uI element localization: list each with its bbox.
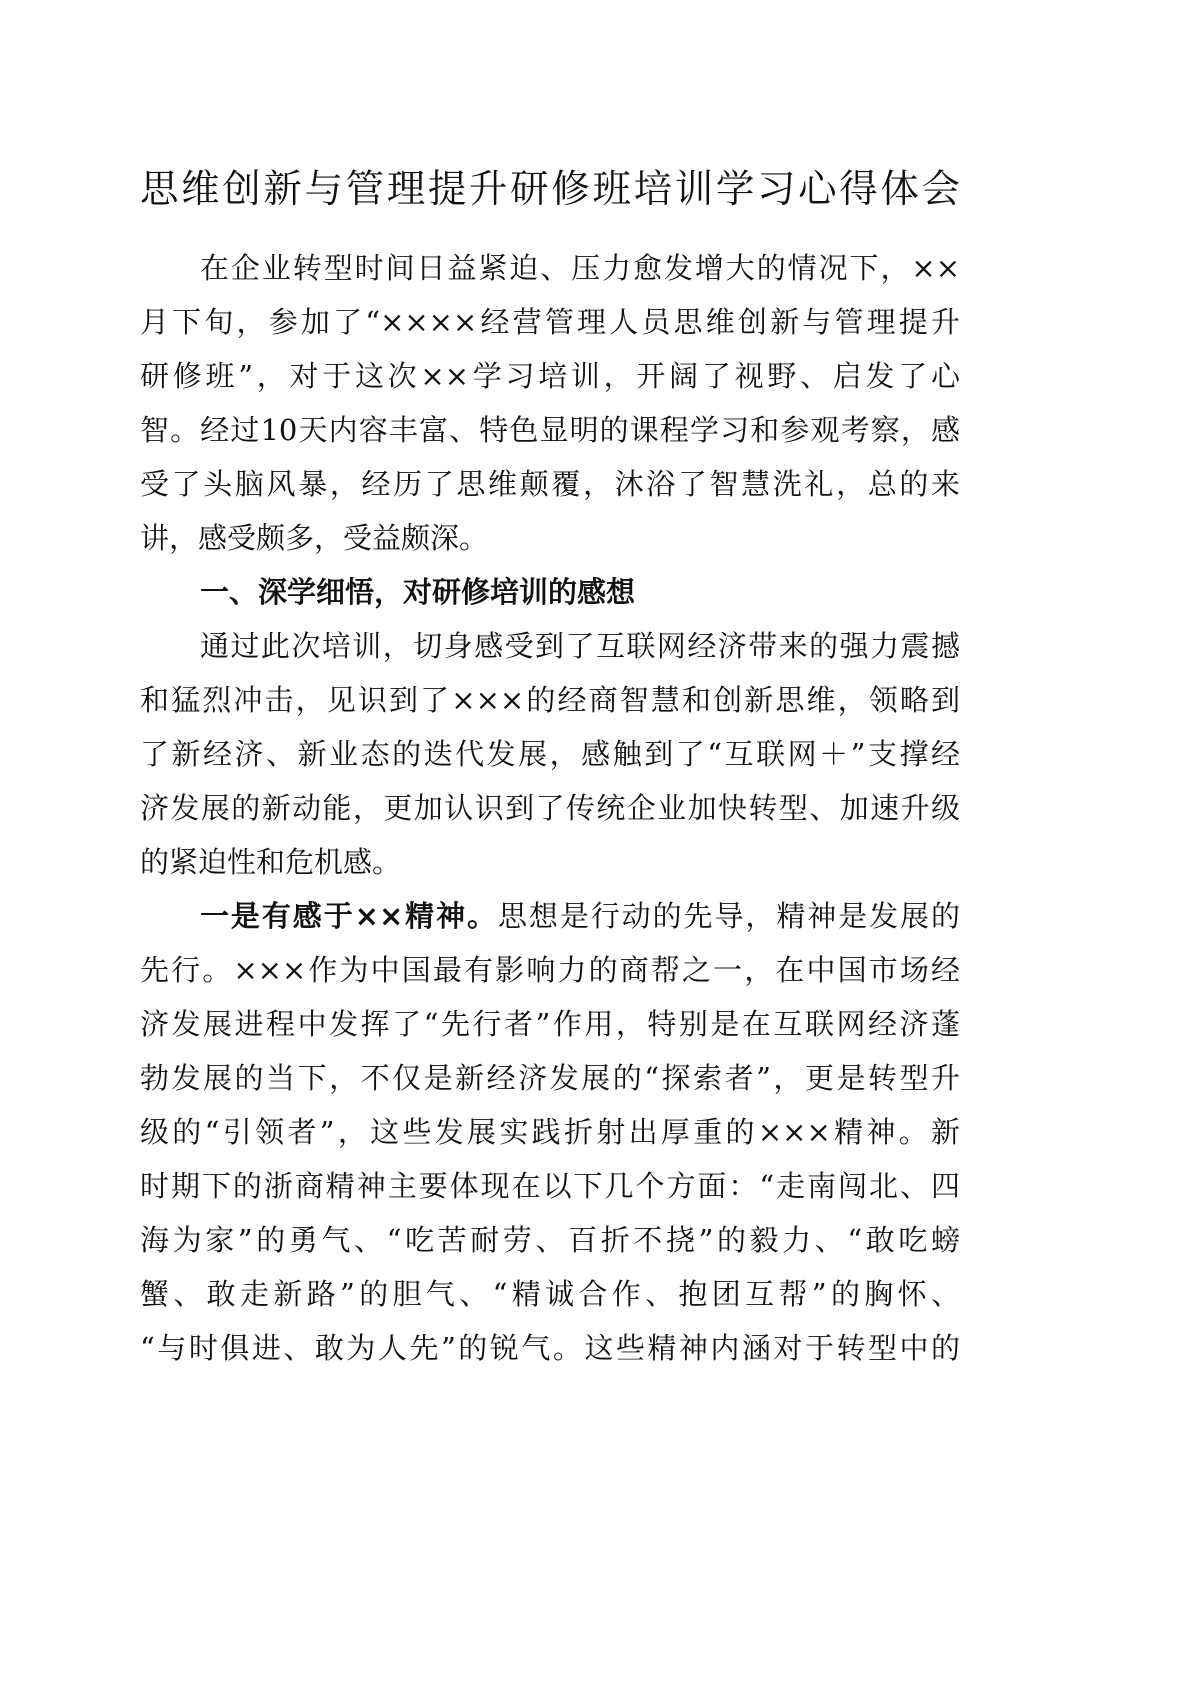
paragraph-3-line-1: 一是有感于××精神。思想是行动的先导，精神是发展的	[140, 889, 960, 943]
paragraph-3-line-7: 海为家”的勇气、“吃苦耐劳、百折不挠”的毅力、“敢吃螃	[140, 1213, 960, 1267]
document-page: 思维创新与管理提升研修班培训学习心得体会 在企业转型时间日益紧迫、压力愈发增大的…	[0, 0, 1190, 1683]
paragraph-1-line-1: 在企业转型时间日益紧迫、压力愈发增大的情况下，××	[140, 241, 960, 295]
paragraph-2-line-2: 和猛烈冲击，见识到了×××的经商智慧和创新思维，领略到	[140, 673, 960, 727]
paragraph-3-line-9: “与时俱进、敢为人先”的锐气。这些精神内涵对于转型中的	[140, 1321, 960, 1375]
section-heading-1: 一、深学细悟，对研修培训的感想	[140, 565, 960, 619]
paragraph-3-lead: 一是有感于××精神。	[200, 899, 498, 933]
paragraph-1-line-2: 月下旬，参加了“××××经营管理人员思维创新与管理提升	[140, 295, 960, 349]
document-title: 思维创新与管理提升研修班培训学习心得体会	[140, 162, 960, 218]
paragraph-3-line-8: 蟹、敢走新路”的胆气、“精诚合作、抱团互帮”的胸怀、	[140, 1267, 960, 1321]
paragraph-1-line-3: 研修班”，对于这次××学习培训，开阔了视野、启发了心	[140, 349, 960, 403]
paragraph-1-line-6: 讲，感受颇多，受益颇深。	[140, 511, 960, 565]
paragraph-3-line-6: 时期下的浙商精神主要体现在以下几个方面：“走南闯北、四	[140, 1159, 960, 1213]
paragraph-3-line-1-text: 思想是行动的先导，精神是发展的	[498, 899, 960, 933]
paragraph-3-line-3: 济发展进程中发挥了“先行者”作用，特别是在互联网经济蓬	[140, 997, 960, 1051]
paragraph-2-line-1: 通过此次培训，切身感受到了互联网经济带来的强力震撼	[140, 619, 960, 673]
paragraph-2-line-5: 的紧迫性和危机感。	[140, 835, 960, 889]
paragraph-2-line-3: 了新经济、新业态的迭代发展，感触到了“互联网＋”支撑经	[140, 727, 960, 781]
paragraph-3-line-2: 先行。×××作为中国最有影响力的商帮之一，在中国市场经	[140, 943, 960, 997]
paragraph-3-line-5: 级的“引领者”，这些发展实践折射出厚重的×××精神。新	[140, 1105, 960, 1159]
paragraph-1-line-5: 受了头脑风暴，经历了思维颠覆，沐浴了智慧洗礼，总的来	[140, 457, 960, 511]
paragraph-3-line-4: 勃发展的当下，不仅是新经济发展的“探索者”，更是转型升	[140, 1051, 960, 1105]
paragraph-1-line-4: 智。经过10天内容丰富、特色显明的课程学习和参观考察，感	[140, 403, 960, 457]
paragraph-2-line-4: 济发展的新动能，更加认识到了传统企业加快转型、加速升级	[140, 781, 960, 835]
document-body: 在企业转型时间日益紧迫、压力愈发增大的情况下，×× 月下旬，参加了“××××经营…	[140, 241, 960, 1375]
